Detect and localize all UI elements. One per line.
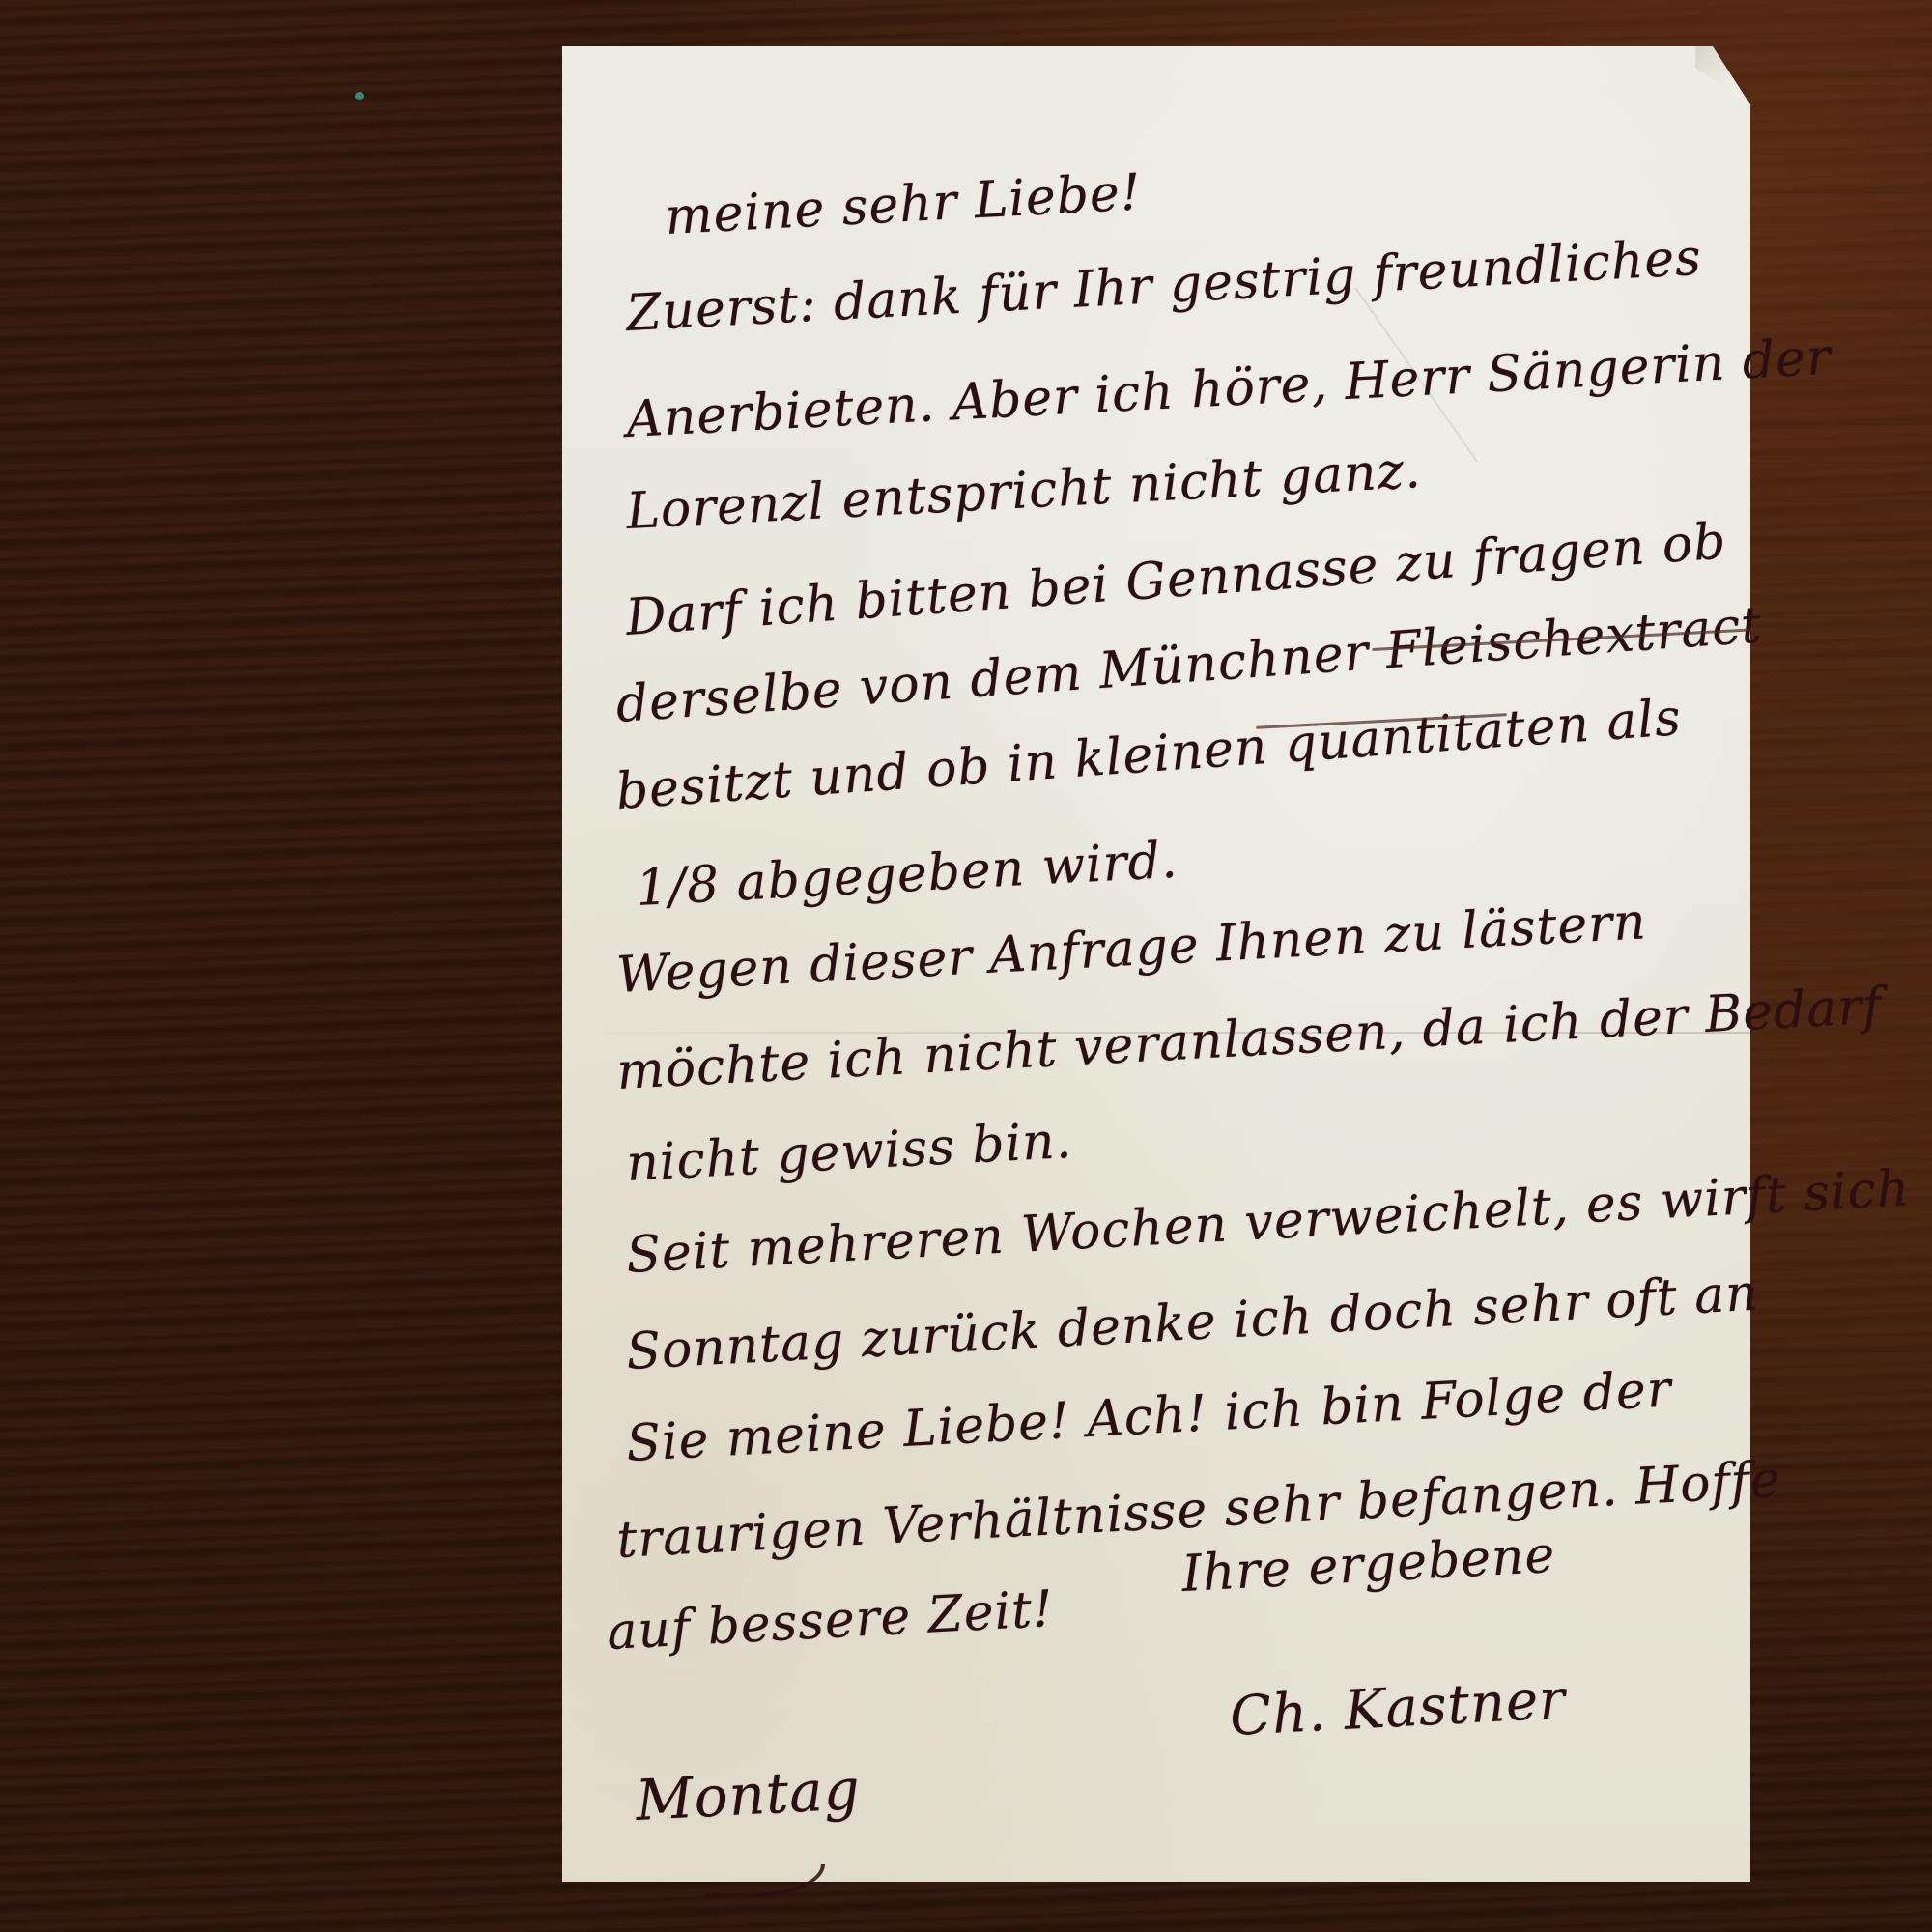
letter-dateline: Montag: [634, 1756, 862, 1833]
table-speck: [355, 92, 364, 100]
